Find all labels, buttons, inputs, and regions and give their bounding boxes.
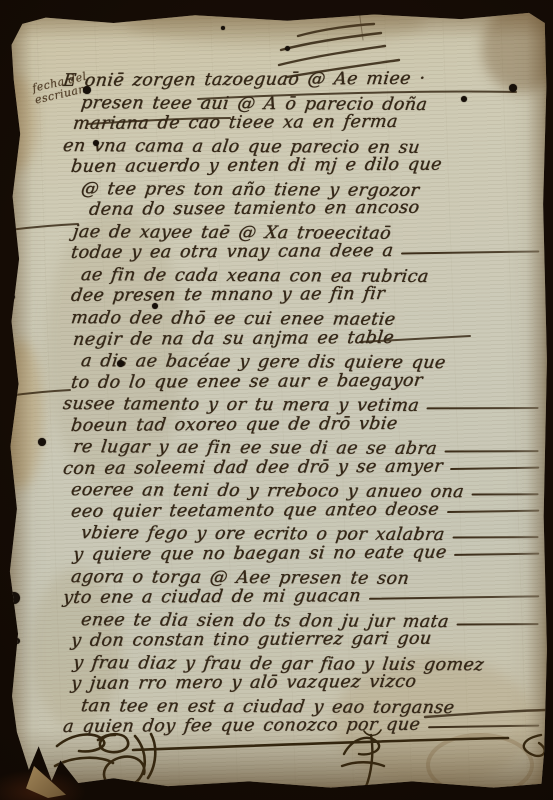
ink-blot: [9, 294, 15, 300]
manuscript-page: fecha del escriuan E oniē zorgen tazoegu…: [5, 9, 548, 790]
manuscript-line-text: dena do susee tamiento en ancoso: [88, 198, 421, 221]
manuscript-line: buen acuerdo y enten di mj e dilo que: [54, 154, 543, 179]
manuscript-line-text: E oniē zorgen tazoeguaō @ Ae miee ·: [62, 69, 427, 92]
manuscript-line-text: a quien doy fee que conozco por que: [62, 715, 422, 738]
manuscript-line: yto ene a ciudad de mi guacan: [54, 585, 543, 610]
manuscript-line: a quien doy fee que conozco por que: [54, 714, 543, 739]
manuscript-line-text: negir de na da su anjma ee table: [72, 327, 395, 350]
manuscript-line: y quiere que no baegan si no eate que: [54, 542, 543, 567]
manuscript-line: eeo quier teetamento que anteo deose: [54, 499, 543, 524]
manuscript-line: mariana de cao tieee xa en ferma: [54, 111, 543, 136]
manuscript-line: y don constan tino gutierrez gari gou: [54, 628, 543, 653]
manuscript-line: E oniē zorgen tazoeguaō @ Ae miee ·: [54, 68, 543, 93]
manuscript-line: y juan rro mero y alō vazquez vizco: [54, 671, 543, 696]
manuscript-line-text: todae y ea otra vnay cana deee a: [70, 241, 395, 264]
manuscript-line: todae y ea otra vnay cana deee a: [54, 240, 543, 265]
manuscript-line-text: to do lo que enee se aur e baegayor: [70, 370, 424, 393]
manuscript-line-text: mariana de cao tieee xa en ferma: [72, 112, 399, 135]
manuscript-line: to do lo que enee se aur e baegayor: [54, 370, 543, 395]
stain: [125, 1, 425, 45]
manuscript-line-text: buen acuerdo y enten di mj e dilo que: [70, 155, 443, 178]
pen-trial-strokes-icon: [279, 9, 399, 77]
stain: [0, 75, 37, 171]
ink-blot: [8, 592, 20, 604]
manuscript-text-block: E oniē zorgen tazoeguaō @ Ae miee ·prese…: [55, 71, 541, 747]
ink-blot: [38, 438, 46, 446]
photo-backdrop: fecha del escriuan E oniē zorgen tazoegu…: [0, 0, 553, 800]
stain: [0, 339, 43, 489]
ink-blot: [285, 46, 290, 51]
manuscript-line-text: y quiere que no baegan si no eate que: [72, 543, 448, 566]
ink-blot: [14, 638, 20, 644]
manuscript-line: boeun tad oxoreo que de drō vbie: [54, 413, 543, 438]
ink-blot: [221, 26, 225, 30]
manuscript-line: dee presen te mnano y ae fin fir: [54, 284, 543, 309]
manuscript-line-text: con ea soleemi dad dee drō y se amyer: [62, 456, 444, 479]
manuscript-line: con ea soleemi dad dee drō y se amyer: [54, 456, 543, 481]
manuscript-line-text: y juan rro mero y alō vazquez vizco: [70, 672, 418, 695]
manuscript-line: negir de na da su anjma ee table: [54, 327, 543, 352]
manuscript-line-text: y don constan tino gutierrez gari gou: [70, 629, 433, 652]
manuscript-line-text: dee presen te mnano y ae fin fir: [70, 284, 386, 307]
manuscript-line: dena do susee tamiento en ancoso: [54, 197, 543, 222]
manuscript-line-text: yto ene a ciudad de mi guacan: [62, 586, 362, 609]
manuscript-line-text: eeo quier teetamento que anteo deose: [70, 500, 440, 523]
manuscript-line-text: boeun tad oxoreo que de drō vbie: [70, 414, 399, 437]
